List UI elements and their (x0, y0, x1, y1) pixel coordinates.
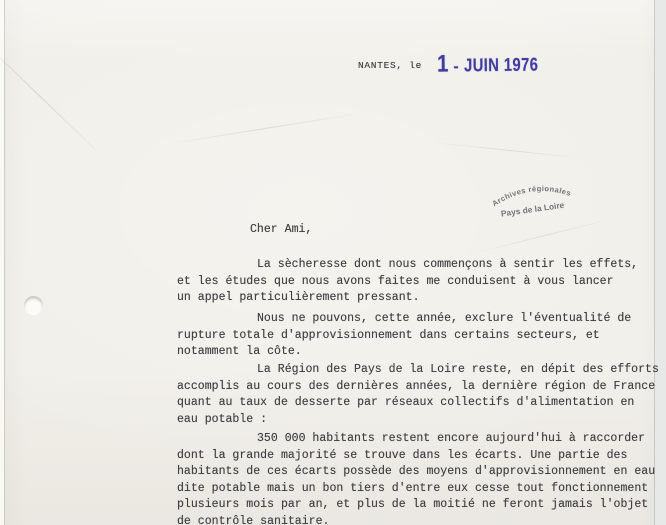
letter-line: de contrôle sanitaire. (177, 514, 661, 525)
paper-crease (171, 113, 359, 144)
letter-line: et les études que nous avons faites me c… (177, 274, 661, 291)
page-left-edge (4, 0, 5, 525)
paper-crease (430, 142, 589, 160)
date-stamp-separator: - (453, 58, 459, 76)
date-stamp-month-year: JUIN 1976 (464, 54, 539, 77)
date-stamp: 1 - JUIN 1976 (436, 49, 557, 78)
letter-line: eau potable : (177, 412, 661, 429)
letter-line: La Région des Pays de la Loire reste, en… (177, 362, 661, 379)
paper-crease (0, 28, 107, 161)
dateline-city: NANTES, le (358, 60, 422, 71)
paragraph-statistics: 350 000 habitants restent encore aujourd… (177, 431, 661, 525)
paragraph-drought-intro: La sècheresse dont nous commençons à sen… (177, 257, 661, 307)
salutation: Cher Ami, (250, 222, 312, 239)
letter-line: habitants de ces écarts possède des moye… (177, 464, 661, 481)
letter-line: un appel particulièrement pressant. (177, 290, 661, 307)
paragraph-supply-risk: Nous ne pouvons, cette année, exclure l'… (177, 311, 661, 361)
letter-line: dite potable mais un bon tiers d'entre e… (177, 481, 661, 498)
letter-line: rupture totale d'approvisionnement dans … (177, 328, 661, 345)
letter-line: quant au taux de desserte par réseaux co… (177, 395, 661, 412)
letter-line: plusieurs mois par an, et plus de la moi… (177, 497, 661, 514)
archive-round-stamp: Archives régionales Pays de la Loire (486, 176, 581, 226)
letter-line: La sècheresse dont nous commençons à sen… (177, 257, 661, 274)
paragraph-region-ranking: La Région des Pays de la Loire reste, en… (177, 362, 661, 428)
archive-stamp-line-text: Pays de la Loire (500, 200, 565, 219)
scanned-letter-page: NANTES, le 1 - JUIN 1976 Archives région… (0, 0, 666, 525)
letter-line: Nous ne pouvons, cette année, exclure l'… (177, 311, 661, 328)
date-stamp-day: 1 (437, 51, 449, 79)
letter-line: notamment la côte. (177, 344, 661, 361)
punch-hole (24, 296, 43, 315)
letter-line: dont la grande majorité se trouve dans l… (177, 448, 661, 465)
letter-line: accomplis au cours des dernières années,… (177, 379, 661, 396)
letter-line: 350 000 habitants restent encore aujourd… (177, 431, 661, 448)
